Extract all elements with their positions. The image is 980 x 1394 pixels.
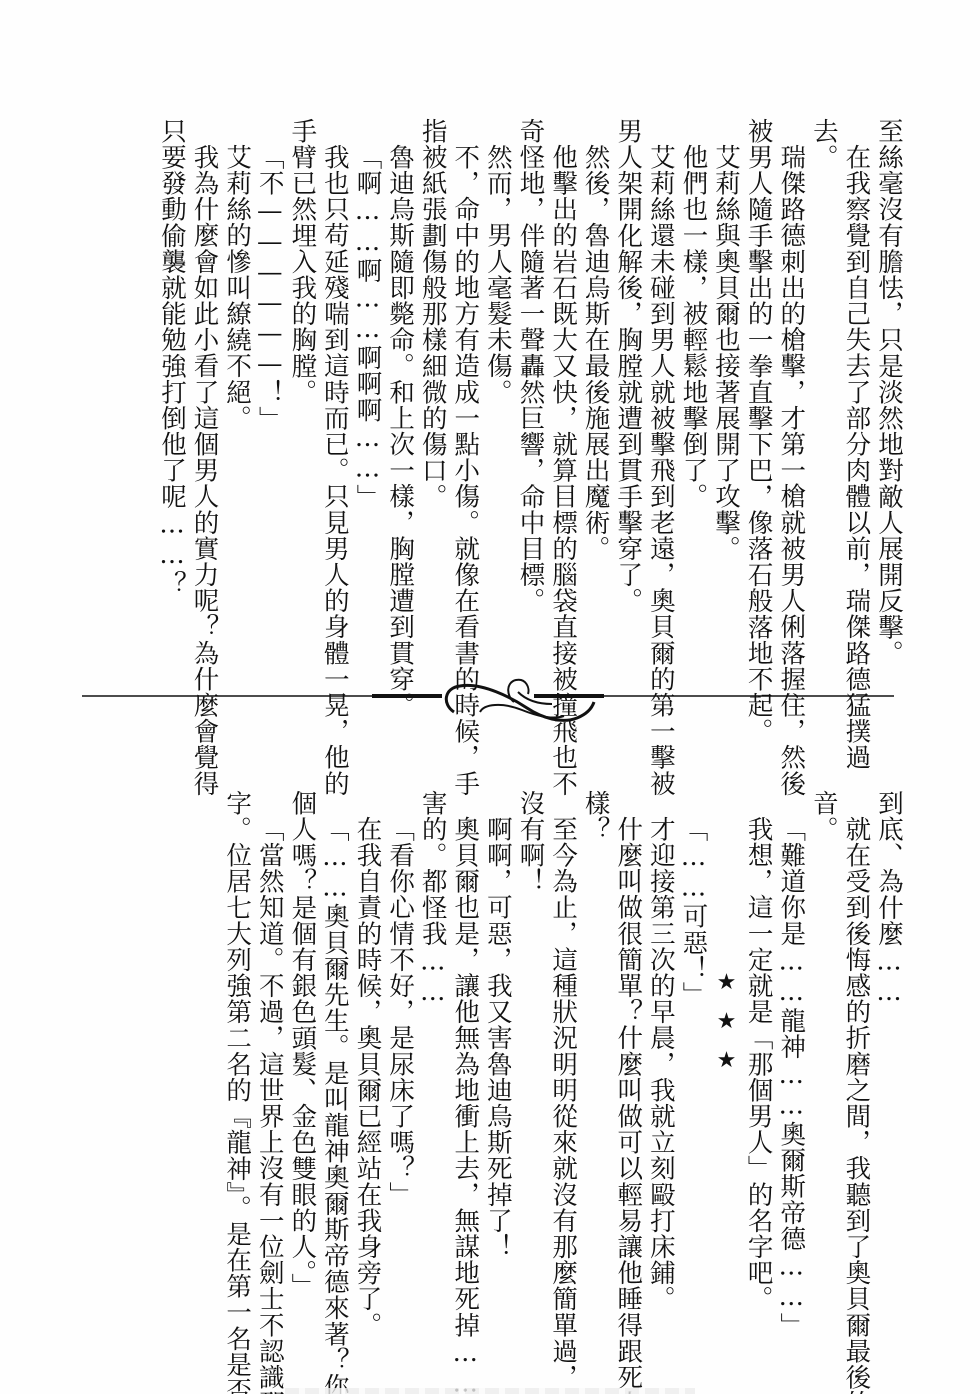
dialogue-column: 「看你心情不好，是尿床了嗎？」	[384, 790, 417, 1335]
text-column: 害的。都怪我……	[416, 790, 449, 1335]
text-column: 啊啊，可惡，我又害魯迪烏斯死掉了！	[481, 790, 514, 1335]
book-page: 至絲毫沒有膽怯，只是淡然地對敵人展開反擊。 在我察覺到自己失去了部分肉體以前，瑞…	[0, 0, 980, 1394]
text-column: 去。	[807, 118, 840, 663]
text-column: 不，命中的地方有造成一點小傷。就像在看書的時候，手	[449, 118, 482, 663]
text-column: 指被紙張劃傷般那樣細微的傷口。	[416, 118, 449, 663]
text-column: 瑞傑路德刺出的槍擊，才第一槍就被男人俐落握住，然後	[775, 118, 808, 663]
text-column: 只要發動偷襲就能勉強打倒他了呢……？	[155, 118, 188, 663]
text-column: 才迎接第三次的早晨，我就立刻毆打床鋪。	[644, 790, 677, 1335]
dialogue-column: 「不——————！」	[253, 118, 286, 663]
text-column: 就在受到後悔感的折磨之間，我聽到了奧貝爾最後的聲	[840, 790, 873, 1335]
text-column: 然而，男人毫髮未傷。	[481, 118, 514, 663]
text-column: 男人架開化解後，胸膛就遭到貫手擊穿了。	[612, 118, 645, 663]
dialogue-column: 「難道你是……龍神……奧爾斯帝德……」	[775, 790, 808, 1335]
text-column: 個人嗎？是個有銀色頭髮、金色雙眼的人。」	[286, 790, 319, 1335]
dialogue-column: 「……可惡！」	[677, 790, 710, 1335]
dialogue-column: 「啊……啊……啊啊啊……」	[351, 118, 384, 663]
text-column: 奧貝爾也是，讓他無為地衝上去，無謀地死掉……都是我	[449, 790, 482, 1335]
text-column: 在我自責的時候，奧貝爾已經站在我身旁了。	[351, 790, 384, 1335]
flourish-divider	[82, 668, 894, 728]
text-column: 艾莉絲與奧貝爾也接著展開了攻擊。	[709, 118, 742, 663]
next-page-bleed	[285, 1388, 695, 1394]
top-text-section: 至絲毫沒有膽怯，只是淡然地對敵人展開反擊。 在我察覺到自己失去了部分肉體以前，瑞…	[75, 118, 905, 663]
text-column: 被男人隨手擊出的一拳直擊下巴，像落石般落地不起。	[742, 118, 775, 663]
text-column: 手臂已然埋入我的胸膛。	[286, 118, 319, 663]
text-column: 他擊出的岩石既大又快，就算目標的腦袋直接被撞飛也不	[546, 118, 579, 663]
text-column: 字。位居七大列強第二名的『龍神』。是在第一名是否存在都	[221, 790, 254, 1335]
text-column: 我也只苟延殘喘到這時而已。只見男人的身體一晃，他的	[318, 118, 351, 663]
text-column: 沒有啊！	[514, 790, 547, 1335]
text-column: 至今為止，這種狀況明明從來就沒有那麼簡單過，一次也	[546, 790, 579, 1335]
bottom-text-section: 到底、為什麼…… 就在受到後悔感的折磨之間，我聽到了奧貝爾最後的聲 音。 「難道…	[75, 790, 905, 1335]
text-column: 艾莉絲的慘叫繚繞不絕。	[221, 118, 254, 663]
dialogue-column: 「……奧貝爾先生。是叫龍神奧爾斯帝德來著？你知道這	[318, 790, 351, 1335]
text-column: 到底、為什麼……	[872, 790, 905, 1335]
text-column: 我想，這一定就是「那個男人」的名字吧。	[742, 790, 775, 1335]
text-column: 什麼叫做很簡單？什麼叫做可以輕易讓他睡得跟死人一	[612, 790, 645, 1335]
text-column: 他們也一樣，被輕鬆地擊倒了。	[677, 118, 710, 663]
text-column: 然後，魯迪烏斯在最後施展出魔術。	[579, 118, 612, 663]
text-column: 樣？	[579, 790, 612, 1335]
text-column: 我為什麼會如此小看了這個男人的實力呢？為什麼會覺得	[188, 118, 221, 663]
dialogue-column: 「當然知道。不過，這世界上沒有一位劍士不認識那個名	[253, 790, 286, 1335]
text-column: 至絲毫沒有膽怯，只是淡然地對敵人展開反擊。	[872, 118, 905, 663]
text-column: 艾莉絲還未碰到男人就被擊飛到老遠，奧貝爾的第一擊被	[644, 118, 677, 663]
swirl-ornament-icon	[446, 685, 594, 720]
text-column: 在我察覺到自己失去了部分肉體以前，瑞傑路德猛撲過	[840, 118, 873, 663]
text-column: 音。	[807, 790, 840, 1335]
text-column: 魯迪烏斯隨即斃命。和上次一樣，胸膛遭到貫穿。	[384, 118, 417, 663]
text-column: 奇怪地，伴隨著一聲轟然巨響，命中目標。	[514, 118, 547, 663]
scene-break-stars: ★★★	[709, 790, 742, 1335]
